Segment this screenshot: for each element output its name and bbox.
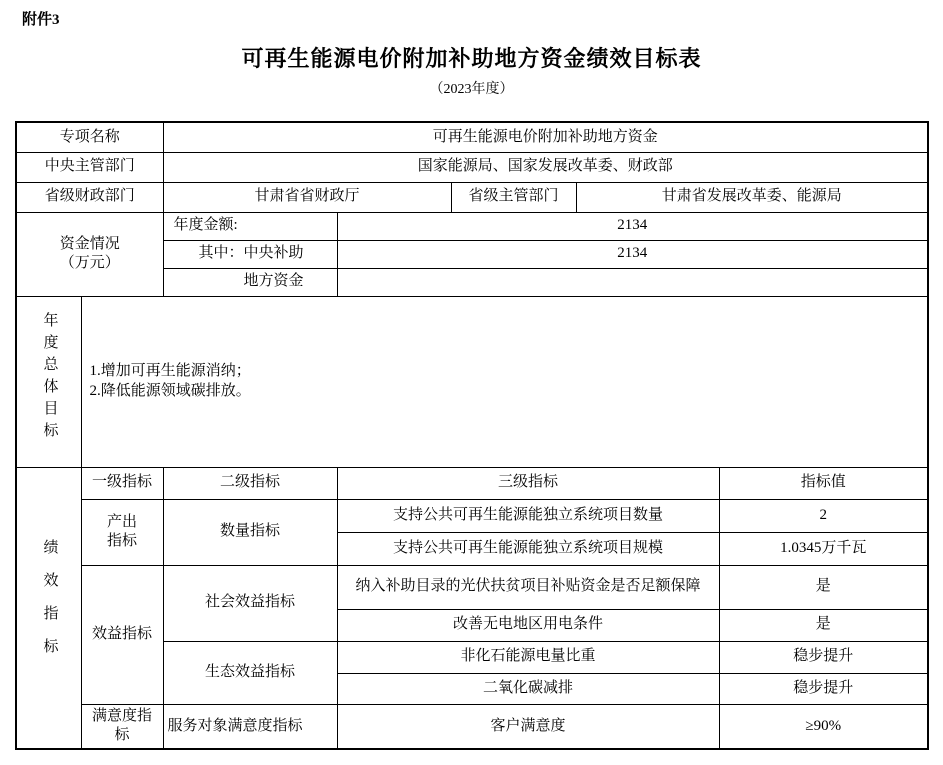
header-level3: 三级指标 — [337, 467, 719, 499]
project-name-label: 专项名称 — [16, 122, 163, 152]
indicator-name: 支持公共可再生能源能独立系统项目规模 — [337, 532, 719, 565]
central-dept-label: 中央主管部门 — [16, 152, 163, 182]
header-level2: 二级指标 — [163, 467, 337, 499]
indicator-value: 2 — [719, 499, 928, 532]
table-row: 省级财政部门 甘肃省省财政厅 省级主管部门 甘肃省发展改革委、能源局 — [16, 182, 928, 212]
level2-quantity-label: 数量指标 — [163, 499, 337, 565]
indicator-name: 非化石能源电量比重 — [337, 641, 719, 673]
level2-ecological-label: 生态效益指标 — [163, 641, 337, 704]
funding-local-funds-value — [337, 268, 928, 296]
funding-central-subsidy-label: 其中：中央补助 — [163, 240, 337, 268]
indicators-section-label-text: 绩效指标 — [39, 539, 59, 671]
indicator-name: 支持公共可再生能源能独立系统项目数量 — [337, 499, 719, 532]
table-row: 满意度指标 服务对象满意度指标 客户满意度 ≥90% — [16, 704, 928, 749]
level1-output-label-text: 产出指标 — [105, 513, 139, 552]
indicator-name: 客户满意度 — [337, 704, 719, 749]
indicator-value: 稳步提升 — [719, 641, 928, 673]
indicators-section-label: 绩效指标 — [16, 467, 81, 749]
table-row: 中央主管部门 国家能源局、国家发展改革委、财政部 — [16, 152, 928, 182]
funding-local-funds-label: 地方资金 — [163, 268, 337, 296]
indicator-value: 稳步提升 — [719, 673, 928, 704]
page-subtitle: （2023年度） — [0, 78, 943, 98]
indicator-name: 纳入补助目录的光伏扶贫项目补贴资金是否足额保障 — [337, 565, 719, 609]
indicator-value: 1.0345万千瓦 — [719, 532, 928, 565]
table-row: 资金情况 （万元） 年度金额: 2134 — [16, 212, 928, 240]
indicator-value: 是 — [719, 565, 928, 609]
funding-annual-amount-value: 2134 — [337, 212, 928, 240]
indicator-name: 改善无电地区用电条件 — [337, 609, 719, 641]
provincial-finance-label: 省级财政部门 — [16, 182, 163, 212]
project-name-value: 可再生能源电价附加补助地方资金 — [163, 122, 928, 152]
table-row: 产出指标 数量指标 支持公共可再生能源能独立系统项目数量 2 — [16, 499, 928, 532]
indicator-value: 是 — [719, 609, 928, 641]
provincial-dept-value: 甘肃省发展改革委、能源局 — [576, 182, 928, 212]
annual-goal-line: 2.降低能源领域碳排放。 — [90, 382, 928, 402]
provincial-finance-value: 甘肃省省财政厅 — [163, 182, 451, 212]
table-row: 绩效指标 一级指标 二级指标 三级指标 指标值 — [16, 467, 928, 499]
funding-annual-amount-label: 年度金额: — [163, 212, 337, 240]
funding-central-subsidy-value: 2134 — [337, 240, 928, 268]
funding-section-label: 资金情况 （万元） — [16, 212, 163, 296]
funding-section-label-line2: （万元） — [17, 254, 163, 274]
level2-social-label: 社会效益指标 — [163, 565, 337, 641]
annual-goal-line: 1.增加可再生能源消纳； — [90, 362, 928, 382]
table-row: 专项名称 可再生能源电价附加补助地方资金 — [16, 122, 928, 152]
performance-target-table: 专项名称 可再生能源电价附加补助地方资金 中央主管部门 国家能源局、国家发展改革… — [15, 121, 929, 750]
provincial-dept-label: 省级主管部门 — [451, 182, 576, 212]
level1-benefit-label: 效益指标 — [81, 565, 163, 704]
level1-satisfaction-label: 满意度指标 — [81, 704, 163, 749]
level1-satisfaction-label-text: 满意度指标 — [89, 707, 155, 746]
indicator-value: ≥90% — [719, 704, 928, 749]
annual-goal-content: 1.增加可再生能源消纳； 2.降低能源领域碳排放。 — [81, 296, 928, 467]
central-dept-value: 国家能源局、国家发展改革委、财政部 — [163, 152, 928, 182]
annual-goal-section-label-text: 年度总体目标 — [39, 312, 59, 444]
attachment-label: 附件3 — [22, 8, 60, 29]
annual-goal-section-label: 年度总体目标 — [16, 296, 81, 467]
document-page: 附件3 可再生能源电价附加补助地方资金绩效目标表 （2023年度） 专项名称 可… — [0, 0, 943, 765]
funding-section-label-line1: 资金情况 — [17, 235, 163, 255]
level1-output-label: 产出指标 — [81, 499, 163, 565]
table-row: 效益指标 社会效益指标 纳入补助目录的光伏扶贫项目补贴资金是否足额保障 是 — [16, 565, 928, 609]
page-title: 可再生能源电价附加补助地方资金绩效目标表 — [0, 42, 943, 73]
table-row: 年度总体目标 1.增加可再生能源消纳； 2.降低能源领域碳排放。 — [16, 296, 928, 467]
header-value: 指标值 — [719, 467, 928, 499]
header-level1: 一级指标 — [81, 467, 163, 499]
indicator-name: 二氧化碳减排 — [337, 673, 719, 704]
level2-service-label: 服务对象满意度指标 — [163, 704, 337, 749]
